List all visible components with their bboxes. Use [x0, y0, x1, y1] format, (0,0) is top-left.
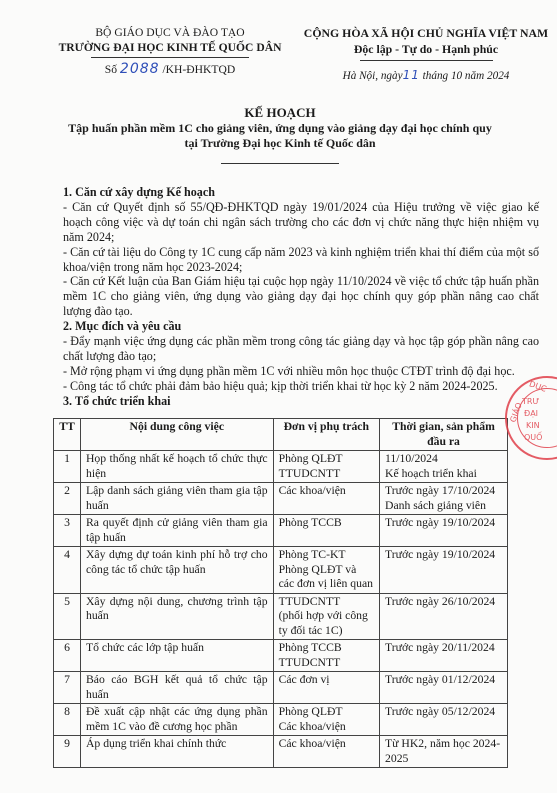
time-line: Kế hoạch triển khai: [385, 467, 502, 482]
responsible-unit: Phòng TCCBTTUDCNTT: [273, 640, 379, 672]
unit-line: Các đơn vị: [279, 673, 374, 688]
task-description: Xây dựng nội dung, chương trình tập huấn: [80, 593, 273, 640]
deadline-output: Trước ngày 17/10/2024Danh sách giảng viê…: [380, 483, 508, 515]
responsible-unit: Các đơn vị: [273, 672, 379, 704]
document-title: KẾ HOẠCH Tập huấn phần mềm 1C cho giảng …: [40, 105, 520, 164]
row-number: 5: [54, 593, 81, 640]
deadline-output: Từ HK2, năm học 2024-2025: [380, 736, 508, 768]
row-number: 8: [54, 704, 81, 736]
unit-line: Phòng QLĐT: [279, 452, 374, 467]
time-line: 11/10/2024: [385, 452, 502, 467]
row-number: 1: [54, 451, 81, 483]
table-row: 2Lập danh sách giảng viên tham gia tập h…: [54, 483, 508, 515]
stamp-text: TRƯ: [522, 397, 539, 406]
unit-line: TTUDCNTT: [279, 467, 374, 482]
unit-line: Phòng TC-KT: [279, 548, 374, 563]
subtitle-line-1: Tập huấn phần mềm 1C cho giảng viên, ứng…: [40, 121, 520, 136]
time-line: Trước ngày 01/12/2024: [385, 673, 502, 688]
deadline-output: Trước ngày 20/11/2024: [380, 640, 508, 672]
header-tt: TT: [54, 419, 81, 451]
unit-line: Các khoa/viện: [279, 737, 374, 752]
paragraph: - Căn cứ tài liệu do Công ty 1C cung cấp…: [63, 245, 539, 275]
header-time: Thời gian, sản phẩm đầu ra: [380, 419, 508, 451]
doc-type: KẾ HOẠCH: [40, 105, 520, 121]
document-number: Số 2088 /KH-ĐHKTQD: [55, 62, 285, 77]
time-line: Danh sách giảng viên: [385, 499, 502, 514]
time-line: Từ HK2, năm học 2024-2025: [385, 737, 502, 766]
deadline-output: 11/10/2024Kế hoạch triển khai: [380, 451, 508, 483]
subtitle-line-2: tại Trường Đại học Kinh tế Quốc dân: [40, 136, 520, 151]
task-description: Tổ chức các lớp tập huấn: [80, 640, 273, 672]
header-task: Nội dung công việc: [80, 419, 273, 451]
paragraph: - Căn cứ Quyết định số 55/QĐ-ĐHKTQD ngày…: [63, 200, 539, 245]
time-line: Trước ngày 26/10/2024: [385, 595, 502, 610]
table-row: 7Báo cáo BGH kết quả tổ chức tập huấnCác…: [54, 672, 508, 704]
date-suffix: tháng 10 năm 2024: [423, 70, 510, 82]
unit-line: TTUDCNTT: [279, 595, 374, 610]
unit-line: Phòng TCCB: [279, 516, 374, 531]
responsible-unit: Phòng QLĐTCác khoa/viện: [273, 704, 379, 736]
responsible-unit: Phòng TCCB: [273, 515, 379, 547]
doc-no-prefix: Số: [105, 63, 117, 76]
divider: [221, 163, 339, 164]
row-number: 2: [54, 483, 81, 515]
nation-name: CỘNG HÒA XÃ HỘI CHỦ NGHĨA VIỆT NAM: [295, 25, 557, 41]
responsible-unit: Các khoa/viện: [273, 483, 379, 515]
issuer-block: BỘ GIÁO DỤC VÀ ĐÀO TẠO TRƯỜNG ĐẠI HỌC KI…: [55, 25, 285, 77]
deadline-output: Trước ngày 01/12/2024: [380, 672, 508, 704]
time-line: Trước ngày 19/10/2024: [385, 548, 502, 563]
task-description: Lập danh sách giảng viên tham gia tập hu…: [80, 483, 273, 515]
stamp-text: KIN: [526, 421, 540, 430]
table-row: 6Tổ chức các lớp tập huấnPhòng TCCBTTUDC…: [54, 640, 508, 672]
stamp-inner-ring: TRƯ ĐẠI KIN QUỐ: [517, 388, 557, 448]
time-line: Trước ngày 05/12/2024: [385, 705, 502, 720]
stamp-text: ĐẠI: [524, 409, 538, 418]
motto: Độc lập - Tự do - Hạnh phúc: [295, 41, 557, 57]
table-row: 1Họp thống nhất kế hoạch tổ chức thực hi…: [54, 451, 508, 483]
divider: [91, 57, 249, 58]
section-heading: 3. Tổ chức triển khai: [63, 394, 539, 409]
responsible-unit: Các khoa/viện: [273, 736, 379, 768]
header-unit: Đơn vị phụ trách: [273, 419, 379, 451]
paragraph: - Mở rộng phạm vi ứng dụng phần mềm 1C v…: [63, 364, 539, 379]
row-number: 7: [54, 672, 81, 704]
unit-line: (phối hợp với công ty đối tác 1C): [279, 609, 374, 638]
document-body: 1. Căn cứ xây dựng Kế hoạch - Căn cứ Quy…: [63, 185, 539, 409]
doc-no-handwritten: 2088: [120, 61, 160, 77]
time-line: Trước ngày 17/10/2024: [385, 484, 502, 499]
section-heading: 2. Mục đích và yêu cầu: [63, 319, 539, 334]
date-prefix: Hà Nội, ngày: [343, 70, 403, 82]
paragraph: - Đẩy mạnh việc ứng dụng các phần mềm tr…: [63, 334, 539, 364]
row-number: 9: [54, 736, 81, 768]
unit-line: Phòng TCCB: [279, 641, 374, 656]
responsible-unit: TTUDCNTT(phối hợp với công ty đối tác 1C…: [273, 593, 379, 640]
doc-no-suffix: /KH-ĐHKTQD: [162, 63, 235, 76]
deadline-output: Trước ngày 19/10/2024: [380, 515, 508, 547]
paragraph: - Công tác tổ chức phải đảm bảo hiệu quả…: [63, 379, 539, 394]
time-line: Trước ngày 20/11/2024: [385, 641, 502, 656]
unit-line: TTUDCNTT: [279, 656, 374, 671]
table-row: 8Đề xuất cập nhật các ứng dụng phần mềm …: [54, 704, 508, 736]
table-row: 3Ra quyết định cử giảng viên tham gia tậ…: [54, 515, 508, 547]
table-row: 5Xây dựng nội dung, chương trình tập huấ…: [54, 593, 508, 640]
deadline-output: Trước ngày 05/12/2024: [380, 704, 508, 736]
responsible-unit: Phòng TC-KTPhòng QLĐT và các đơn vị liên…: [273, 547, 379, 594]
task-description: Báo cáo BGH kết quả tổ chức tập huấn: [80, 672, 273, 704]
table-row: 4Xây dựng dự toán kinh phí hỗ trợ cho cô…: [54, 547, 508, 594]
task-description: Ra quyết định cử giảng viên tham gia tập…: [80, 515, 273, 547]
ministry-name: BỘ GIÁO DỤC VÀ ĐÀO TẠO: [55, 25, 285, 40]
paragraph: - Căn cứ Kết luận của Ban Giám hiệu tại …: [63, 274, 539, 319]
row-number: 3: [54, 515, 81, 547]
national-heading: CỘNG HÒA XÃ HỘI CHỦ NGHĨA VIỆT NAM Độc l…: [295, 25, 557, 84]
unit-line: Các khoa/viện: [279, 720, 374, 735]
issue-date: Hà Nội, ngày11 tháng 10 năm 2024: [295, 67, 557, 84]
task-description: Xây dựng dự toán kinh phí hỗ trợ cho côn…: [80, 547, 273, 594]
row-number: 6: [54, 640, 81, 672]
date-day-handwritten: 11: [403, 68, 420, 82]
divider: [360, 60, 493, 61]
table-row: 9Áp dụng triển khai chính thứcCác khoa/v…: [54, 736, 508, 768]
row-number: 4: [54, 547, 81, 594]
responsible-unit: Phòng QLĐTTTUDCNTT: [273, 451, 379, 483]
task-description: Áp dụng triển khai chính thức: [80, 736, 273, 768]
table-header-row: TT Nội dung công việc Đơn vị phụ trách T…: [54, 419, 508, 451]
unit-line: Các khoa/viện: [279, 484, 374, 499]
deadline-output: Trước ngày 26/10/2024: [380, 593, 508, 640]
university-name: TRƯỜNG ĐẠI HỌC KINH TẾ QUỐC DÂN: [55, 40, 285, 55]
task-description: Đề xuất cập nhật các ứng dụng phần mềm 1…: [80, 704, 273, 736]
implementation-table: TT Nội dung công việc Đơn vị phụ trách T…: [53, 418, 508, 768]
document-page: BỘ GIÁO DỤC VÀ ĐÀO TẠO TRƯỜNG ĐẠI HỌC KI…: [0, 0, 557, 793]
task-description: Họp thống nhất kế hoạch tổ chức thực hiệ…: [80, 451, 273, 483]
section-heading: 1. Căn cứ xây dựng Kế hoạch: [63, 185, 539, 200]
stamp-text: QUỐ: [524, 433, 542, 442]
deadline-output: Trước ngày 19/10/2024: [380, 547, 508, 594]
unit-line: Phòng QLĐT: [279, 705, 374, 720]
unit-line: Phòng QLĐT và các đơn vị liên quan: [279, 563, 374, 592]
time-line: Trước ngày 19/10/2024: [385, 516, 502, 531]
